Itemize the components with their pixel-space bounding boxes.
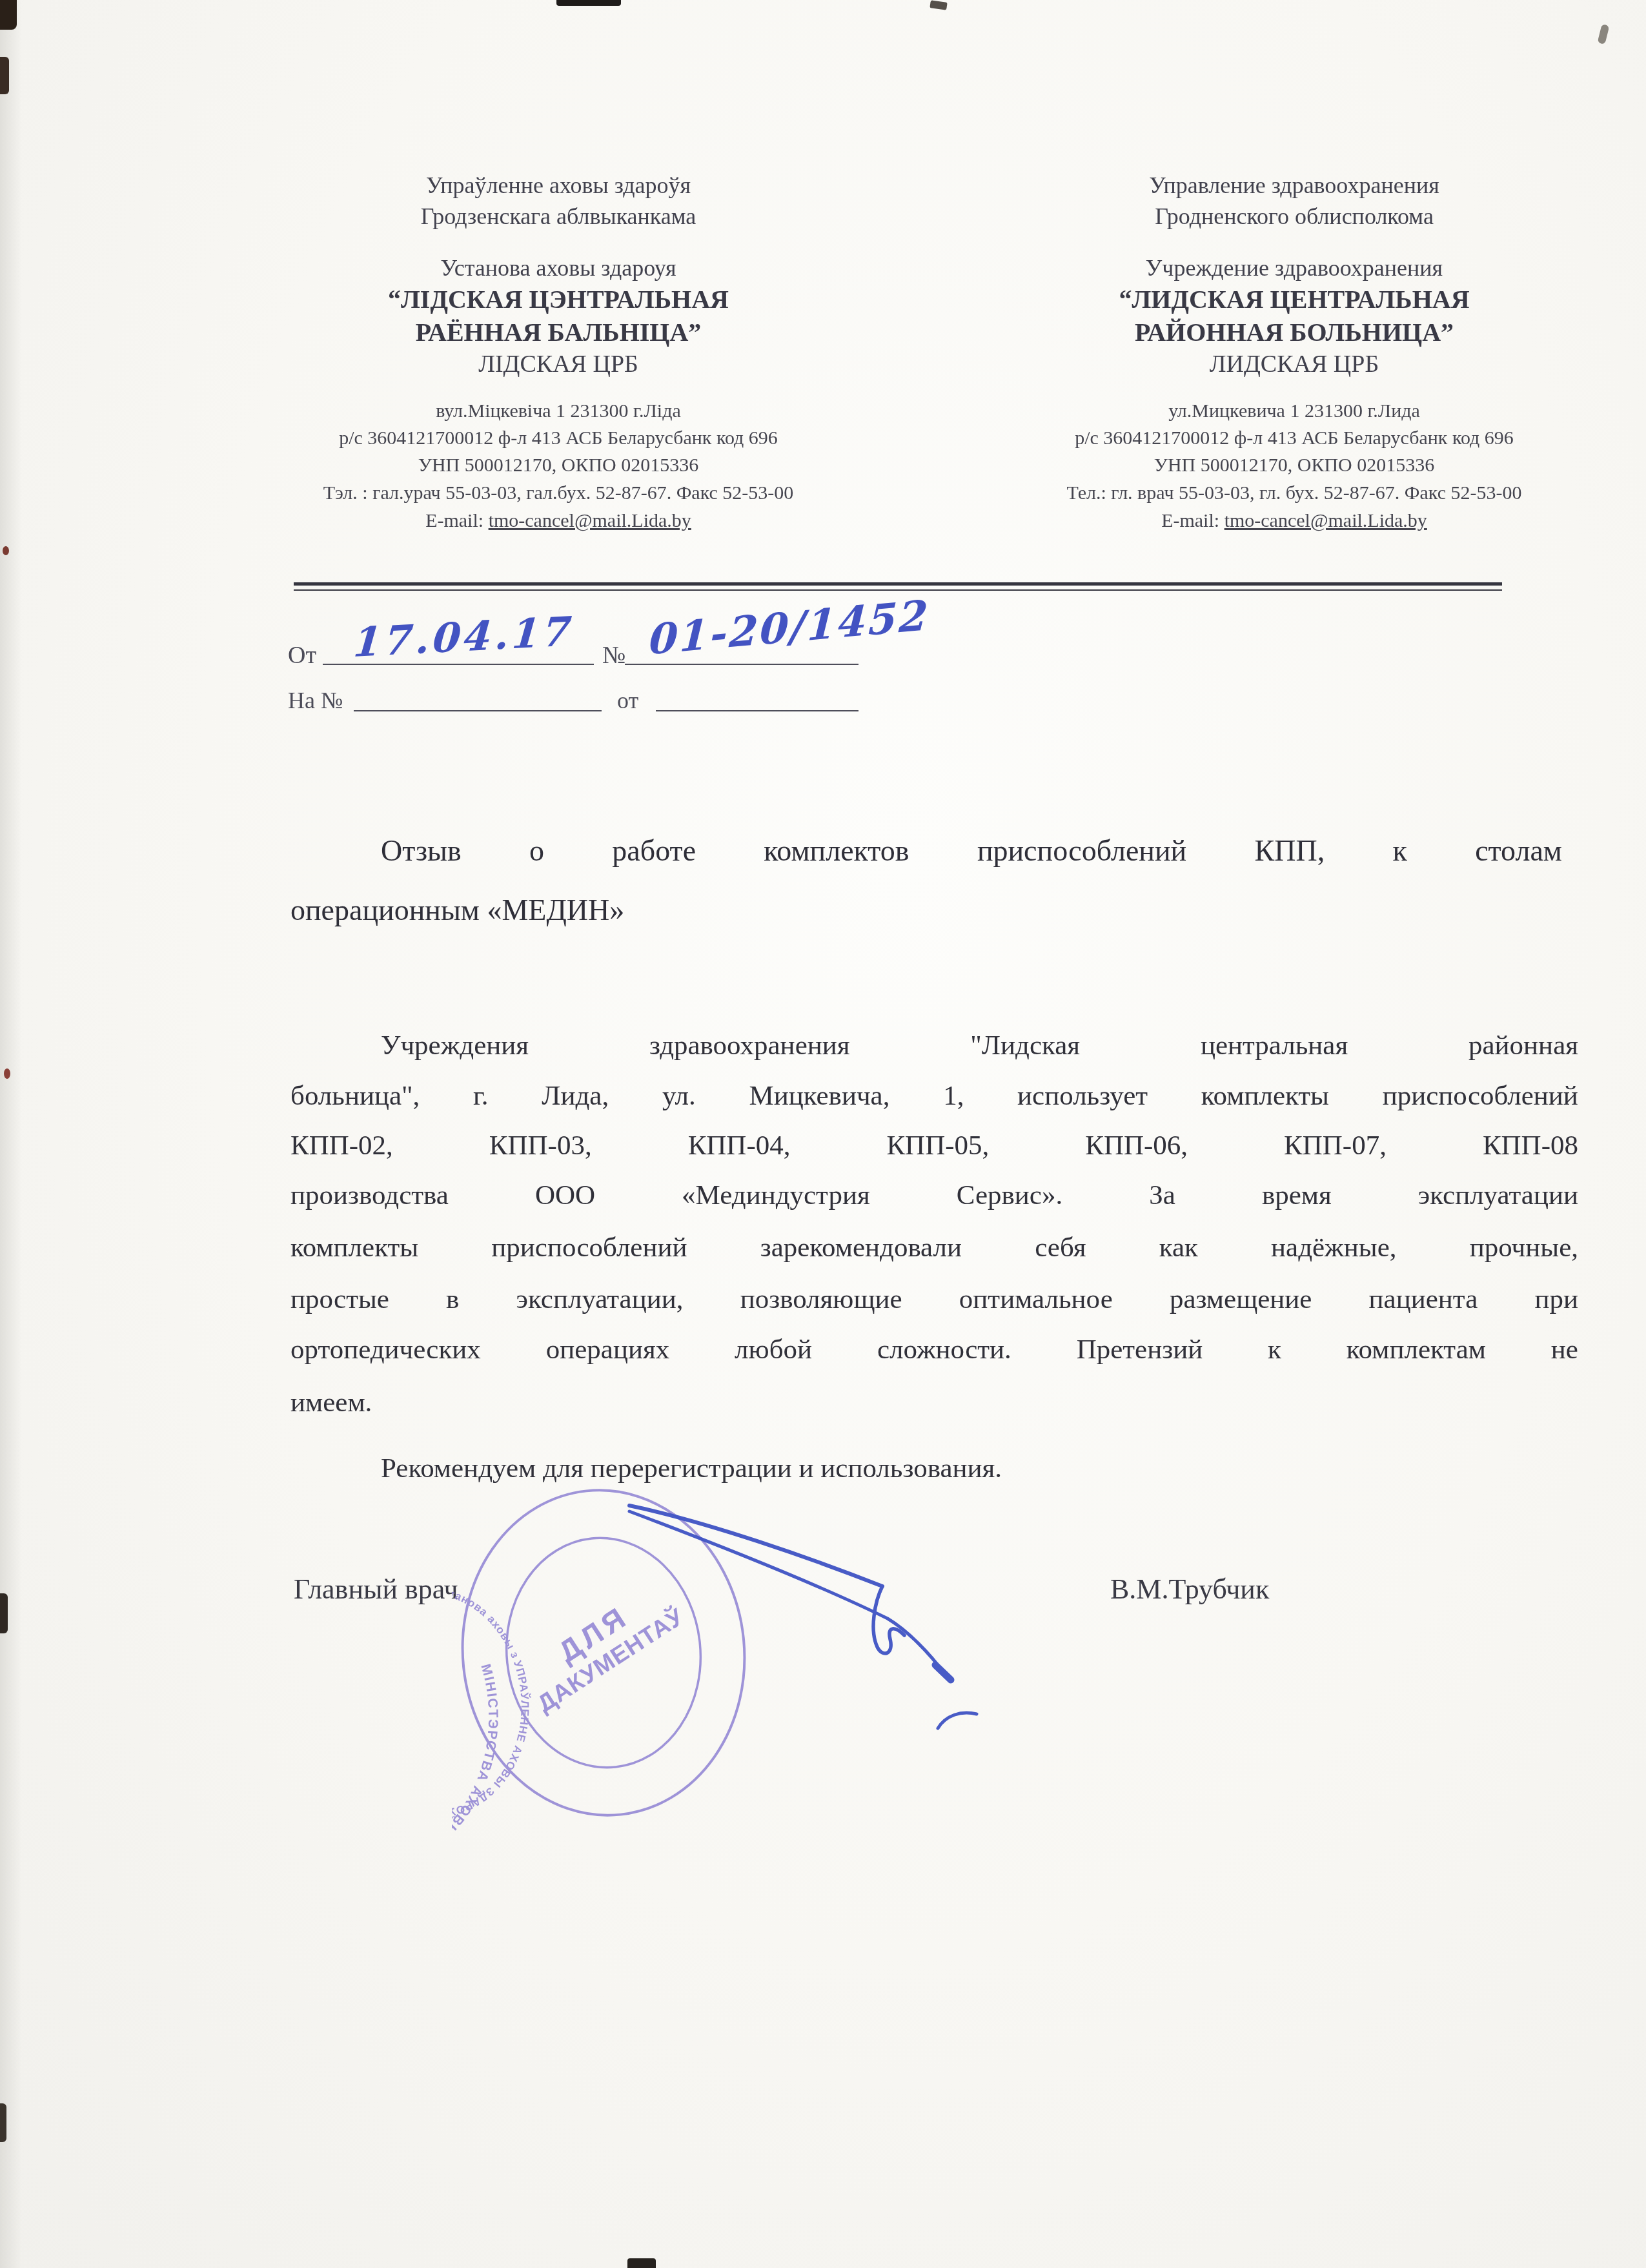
letterhead-right-phones: Тел.: гл. врач 55-03-03, гл. бух. 52-87-…	[975, 482, 1614, 504]
word: КПП-04,	[688, 1130, 791, 1161]
word: время	[1262, 1180, 1332, 1211]
letterhead-right-email-line: E-mail: tmo-cancel@mail.Lida.by	[975, 510, 1614, 532]
signature-stroke	[629, 1506, 882, 1586]
letterhead-left-org-name-2: РАЁННАЯ БАЛЬНІЦА”	[232, 317, 884, 347]
word: работе	[612, 833, 696, 868]
letterhead-right-org-short: ЛИДСКАЯ ЦРБ	[975, 350, 1614, 378]
word: Лида,	[542, 1080, 609, 1112]
word: при	[1534, 1283, 1578, 1315]
letterhead-right-codes: УНП 500012170, ОКПО 02015336	[975, 455, 1614, 476]
word: надёжные,	[1271, 1232, 1397, 1263]
body-line: больница",г.Лида,ул.Мицкевича,1,использу…	[290, 1080, 1578, 1112]
reply-from-label: от	[617, 687, 638, 714]
word: ортопедических	[290, 1334, 481, 1365]
body-line: комплектыприспособленийзарекомендовалисе…	[290, 1232, 1578, 1263]
word: г.	[473, 1080, 489, 1112]
word: пациента	[1369, 1283, 1478, 1315]
word: не	[1551, 1334, 1578, 1365]
word: 1,	[943, 1080, 964, 1112]
body-line: КПП-02,КПП-03,КПП-04,КПП-05,КПП-06,КПП-0…	[290, 1130, 1578, 1161]
word: как	[1159, 1232, 1198, 1263]
email-label: E-mail:	[425, 510, 488, 531]
word: «Мединдустрия	[682, 1180, 870, 1211]
letter-title-line-2: операционным «МЕДИН»	[290, 893, 624, 927]
scan-artifact	[0, 57, 9, 94]
word: сложности.	[877, 1334, 1011, 1365]
scan-artifact	[556, 0, 621, 6]
word: себя	[1035, 1232, 1086, 1263]
word: позволяющие	[740, 1283, 902, 1315]
letterhead-left-org-type: Установа аховы здароуя	[232, 254, 884, 281]
letterhead-right-authority-1: Управление здравоохранения	[975, 172, 1614, 199]
separator-rule-thick	[294, 582, 1502, 586]
word: в	[446, 1283, 459, 1315]
letterhead-right-address: ул.Мицкевича 1 231300 г.Лида	[975, 400, 1614, 422]
stamp-ring-inner-text: УПРАЎЛЕННЕ АХОВЫ ЗДАРОЎЯ ✱ «ЛІДСКАЯ ЦЭНТ…	[452, 1477, 544, 1830]
word: эксплуатации	[1418, 1180, 1578, 1211]
pen-signature	[604, 1475, 1017, 1753]
signature-role: Главный врач	[294, 1573, 458, 1606]
letterhead-right-org-name-1: “ЛИДСКАЯ ЦЕНТРАЛЬНАЯ	[975, 284, 1614, 314]
email-address: tmo-cancel@mail.Lida.by	[489, 510, 691, 531]
letterhead-left-address: вул.Міцкевіча 1 231300 г.Ліда	[232, 400, 884, 422]
scan-artifact	[0, 2103, 6, 2142]
word: КПП-02,	[290, 1130, 393, 1161]
reply-date-blank-line	[656, 710, 859, 711]
letterhead-right-authority-2: Гродненского облисполкома	[975, 203, 1614, 230]
email-address: tmo-cancel@mail.Lida.by	[1224, 510, 1427, 531]
signature-name: В.М.Трубчик	[1110, 1573, 1269, 1606]
word: Учреждения	[381, 1030, 529, 1061]
body-line: простыевэксплуатации,позволяющиеоптималь…	[290, 1283, 1578, 1315]
scan-artifact	[627, 2258, 656, 2268]
word: оптимальное	[959, 1283, 1113, 1315]
word: КПП-06,	[1085, 1130, 1188, 1161]
word: приспособлений	[491, 1232, 687, 1263]
body-line: Учрежденияздравоохранения"Лидскаяцентрал…	[381, 1030, 1578, 1061]
word: ул.	[662, 1080, 696, 1112]
word: комплектам	[1346, 1334, 1486, 1365]
handwritten-number: 01-20/1452	[648, 591, 931, 665]
word: КПП-03,	[489, 1130, 592, 1161]
word: больница",	[290, 1080, 420, 1112]
word: размещение	[1170, 1283, 1312, 1315]
scanned-letter-page: Упраўленне аховы здароўя Гродзенскага аб…	[0, 0, 1646, 2268]
separator-rule-thin	[294, 589, 1502, 591]
word: о	[529, 833, 544, 868]
word: КПП,	[1255, 833, 1325, 868]
signature-stroke	[629, 1511, 946, 1675]
word: операциях	[546, 1334, 669, 1365]
word: производства	[290, 1180, 449, 1211]
reply-number-blank-line	[354, 710, 602, 711]
letterhead-left-authority-1: Упраўленне аховы здароўя	[232, 172, 884, 199]
scan-artifact	[3, 546, 9, 555]
word: столам	[1475, 833, 1562, 868]
scan-artifact	[930, 0, 947, 10]
letterhead-right-org-type: Учреждение здравоохранения	[975, 254, 1614, 281]
word: Сервис».	[957, 1180, 1062, 1211]
letter-title-line-1: ОтзывоработекомплектовприспособленийКПП,…	[381, 833, 1562, 868]
reply-label: На №	[288, 687, 343, 714]
word: к	[1392, 833, 1407, 868]
scan-artifact	[0, 1593, 8, 1633]
word: Претензий	[1077, 1334, 1203, 1365]
letterhead-right-org-name-2: РАЙОННАЯ БОЛЬНИЦА”	[975, 317, 1614, 347]
svg-text:УПРАЎЛЕННЕ АХОВЫ ЗДАРОЎЯ ✱ «ЛІ: УПРАЎЛЕННЕ АХОВЫ ЗДАРОЎЯ ✱ «ЛІДСКАЯ ЦЭНТ…	[452, 1477, 544, 1830]
scan-artifact	[0, 0, 17, 30]
word: За	[1149, 1180, 1175, 1211]
word: комплекты	[1201, 1080, 1329, 1112]
word: к	[1268, 1334, 1281, 1365]
number-blank-line	[625, 664, 859, 665]
body-line: производстваООО«МединдустрияСервис».Завр…	[290, 1180, 1578, 1211]
word: Мицкевича,	[749, 1080, 889, 1112]
word: районная	[1468, 1030, 1578, 1061]
letterhead-left: Упраўленне аховы здароўя Гродзенскага аб…	[232, 0, 884, 536]
word: приспособлений	[977, 833, 1186, 868]
word: комплектов	[764, 833, 909, 868]
from-label: От	[288, 641, 316, 669]
letterhead-left-phones: Тэл. : гал.урач 55-03-03, гал.бух. 52-87…	[232, 482, 884, 504]
word: зарекомендовали	[760, 1232, 962, 1263]
word: КПП-08	[1483, 1130, 1578, 1161]
letterhead-right: Управление здравоохранения Гродненского …	[975, 0, 1614, 536]
email-label: E-mail:	[1161, 510, 1224, 531]
body-line: ортопедическихоперацияхлюбойсложности.Пр…	[290, 1334, 1578, 1365]
signature-stroke	[938, 1713, 977, 1728]
word: прочные,	[1470, 1232, 1578, 1263]
letterhead-left-org-short: ЛІДСКАЯ ЦРБ	[232, 350, 884, 378]
word: комплекты	[290, 1232, 418, 1263]
word: простые	[290, 1283, 389, 1315]
letterhead-left-codes: УНП 500012170, ОКПО 02015336	[232, 455, 884, 476]
letterhead-left-email-line: E-mail: tmo-cancel@mail.Lida.by	[232, 510, 884, 532]
scan-edge-shade	[0, 0, 22, 2268]
handwritten-date: 17.04.17	[352, 608, 576, 666]
word: КПП-05,	[886, 1130, 989, 1161]
word: центральная	[1201, 1030, 1348, 1061]
word: ООО	[535, 1180, 595, 1211]
letterhead-left-org-name-1: “ЛІДСКАЯ ЦЭНТРАЛЬНАЯ	[232, 284, 884, 314]
word: здравоохранения	[649, 1030, 850, 1061]
letterhead-left-authority-2: Гродзенскага аблвыканкама	[232, 203, 884, 230]
word: "Лидская	[970, 1030, 1080, 1061]
word: использует	[1017, 1080, 1148, 1112]
signature-stroke	[935, 1665, 951, 1680]
word: любой	[735, 1334, 812, 1365]
letterhead-left-bank: р/с 3604121700012 ф-л 413 АСБ Беларусбан…	[232, 427, 884, 449]
body-line: имеем.	[290, 1387, 372, 1418]
word: КПП-07,	[1284, 1130, 1387, 1161]
word: Отзыв	[381, 833, 462, 868]
word: приспособлений	[1383, 1080, 1578, 1112]
scan-artifact	[4, 1068, 10, 1079]
word: эксплуатации,	[516, 1283, 684, 1315]
number-label: №	[602, 641, 625, 669]
letterhead-right-bank: р/с 3604121700012 ф-л 413 АСБ Беларусбан…	[975, 427, 1614, 449]
